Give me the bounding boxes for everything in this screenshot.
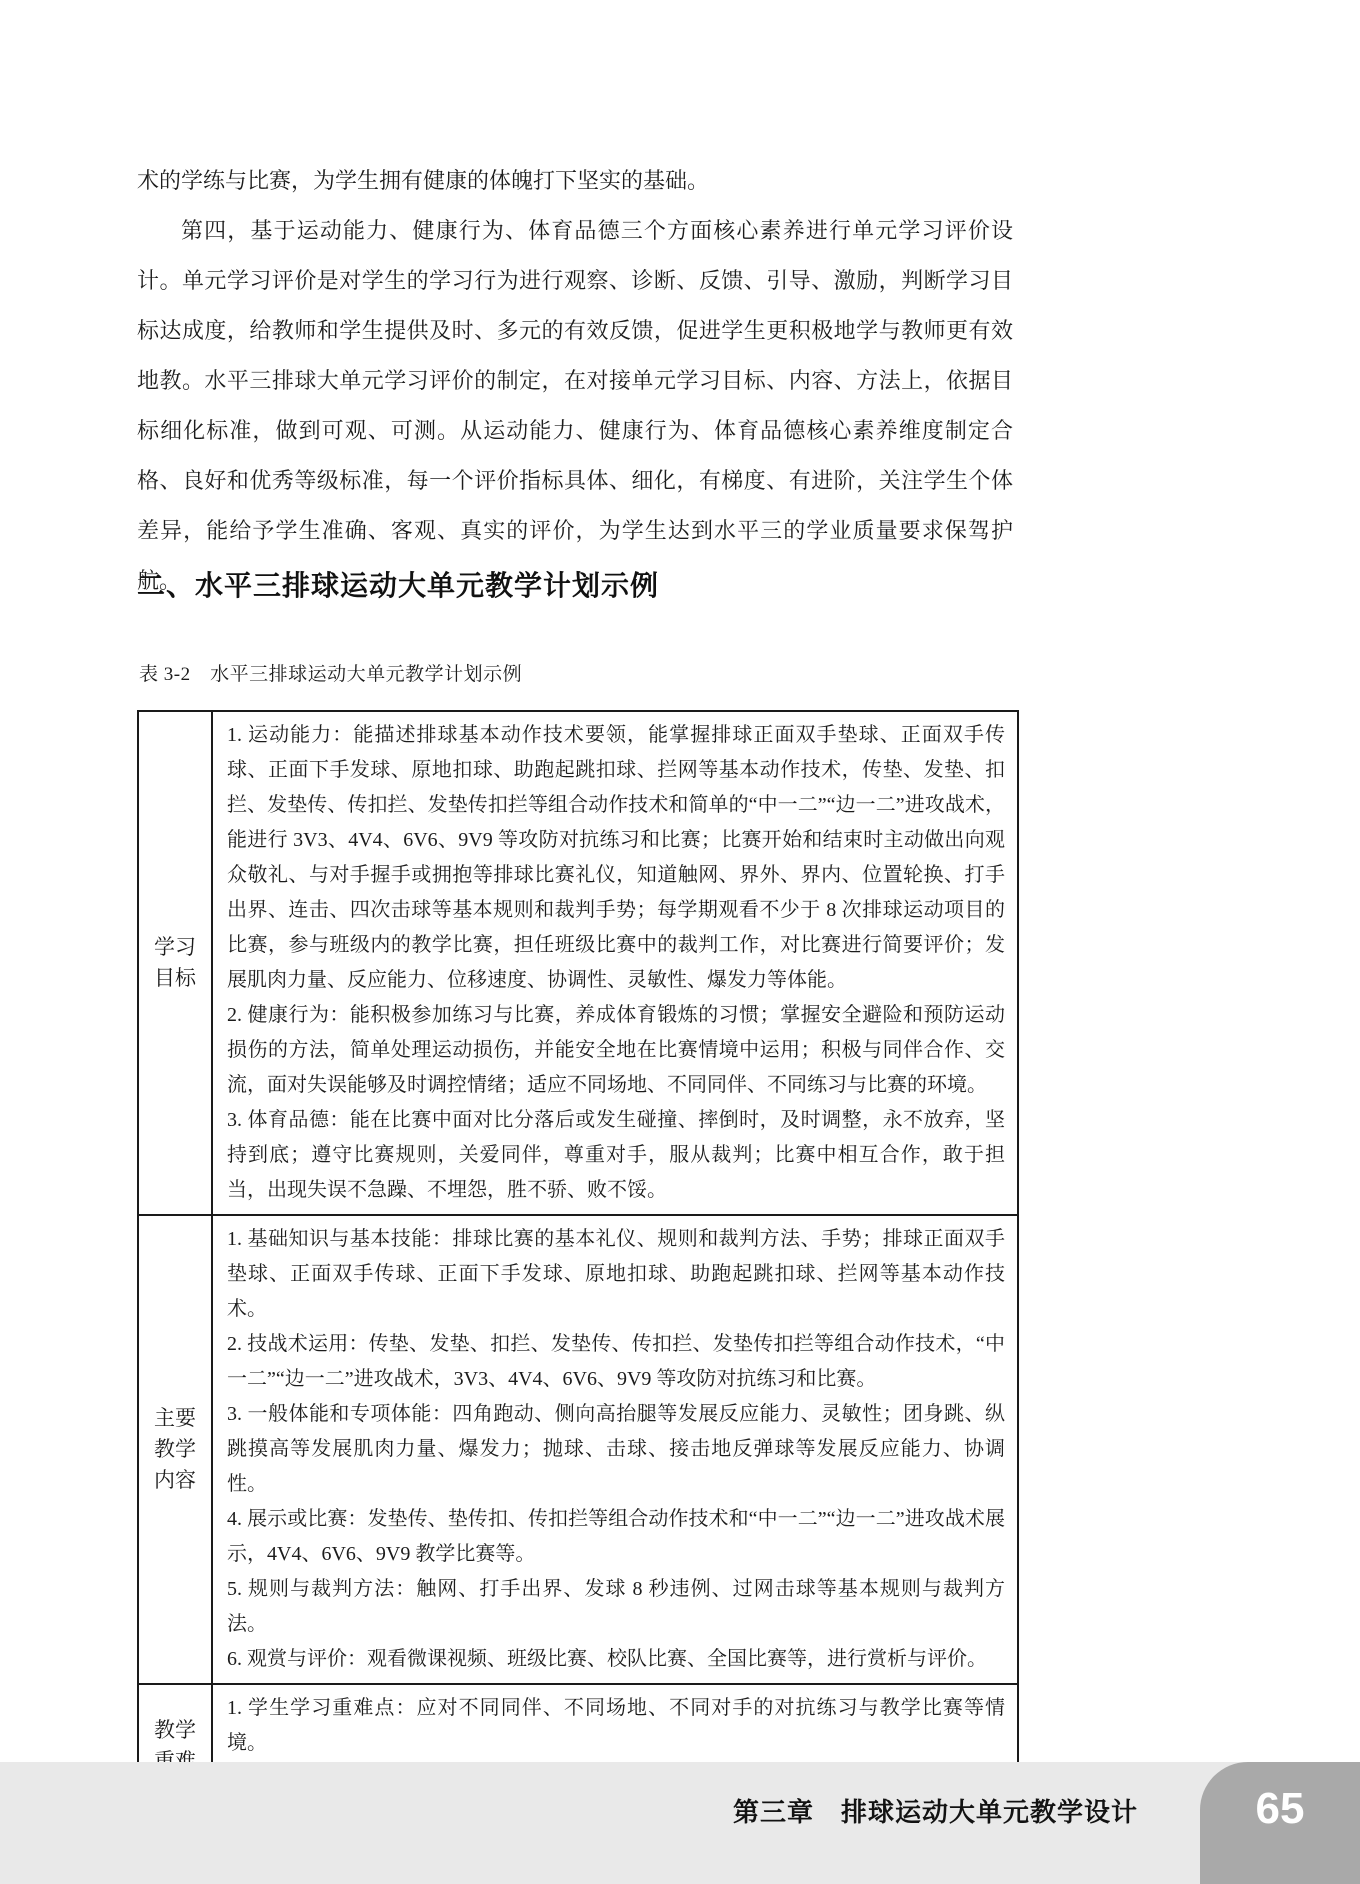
- footer-strip: [0, 1762, 1360, 1884]
- cell-item: 1. 学生学习重难点：应对不同同伴、不同场地、不同对手的对抗练习与教学比赛等情境…: [227, 1691, 1005, 1761]
- cell-item: 3. 体育品德：能在比赛中面对比分落后或发生碰撞、摔倒时，及时调整，永不放弃，坚…: [227, 1103, 1005, 1208]
- cell-item: 2. 健康行为：能积极参加练习与比赛，养成体育锻炼的习惯；掌握安全避险和预防运动…: [227, 998, 1005, 1103]
- cell-item: 1. 运动能力：能描述排球基本动作技术要领，能掌握排球正面双手垫球、正面双手传球…: [227, 718, 1005, 998]
- row-content: 1. 基础知识与基本技能：排球比赛的基本礼仪、规则和裁判方法、手势；排球正面双手…: [212, 1215, 1018, 1684]
- cell-item: 6. 观赏与评价：观看微课视频、班级比赛、校队比赛、全国比赛等，进行赏析与评价。: [227, 1642, 1005, 1677]
- table-row-learning-goals: 学习目标 1. 运动能力：能描述排球基本动作技术要领，能掌握排球正面双手垫球、正…: [138, 711, 1018, 1215]
- cell-item: 1. 基础知识与基本技能：排球比赛的基本礼仪、规则和裁判方法、手势；排球正面双手…: [227, 1222, 1005, 1327]
- row-content: 1. 运动能力：能描述排球基本动作技术要领，能掌握排球正面双手垫球、正面双手传球…: [212, 711, 1018, 1215]
- table-row-main-contents: 主要教学内容 1. 基础知识与基本技能：排球比赛的基本礼仪、规则和裁判方法、手势…: [138, 1215, 1018, 1684]
- cell-item: 4. 展示或比赛：发垫传、垫传扣、传扣拦等组合动作技术和“中一二”“边一二”进攻…: [227, 1502, 1005, 1572]
- body-text: 术的学练与比赛，为学生拥有健康的体魄打下坚实的基础。 第四，基于运动能力、健康行…: [137, 156, 1013, 606]
- page-number: 65: [1256, 1784, 1305, 1834]
- book-page: 术的学练与比赛，为学生拥有健康的体魄打下坚实的基础。 第四，基于运动能力、健康行…: [0, 0, 1360, 1884]
- table-caption: 表 3-2 水平三排球运动大单元教学计划示例: [139, 659, 522, 686]
- paragraph: 第四，基于运动能力、健康行为、体育品德三个方面核心素养进行单元学习评价设计。单元…: [137, 206, 1013, 606]
- row-label: 学习目标: [138, 711, 212, 1215]
- cell-item: 5. 规则与裁判方法：触网、打手出界、发球 8 秒违例、过网击球等基本规则与裁判…: [227, 1572, 1005, 1642]
- row-label: 主要教学内容: [138, 1215, 212, 1684]
- cell-item: 2. 技战术运用：传垫、发垫、扣拦、发垫传、传扣拦、发垫传扣拦等组合动作技术，“…: [227, 1327, 1005, 1397]
- teaching-plan-table: 学习目标 1. 运动能力：能描述排球基本动作技术要领，能掌握排球正面双手垫球、正…: [137, 710, 1019, 1839]
- paragraph: 术的学练与比赛，为学生拥有健康的体魄打下坚实的基础。: [137, 156, 1013, 206]
- section-heading: 二、水平三排球运动大单元教学计划示例: [137, 564, 659, 604]
- cell-item: 3. 一般体能和专项体能：四角跑动、侧向高抬腿等发展反应能力、灵敏性；团身跳、纵…: [227, 1397, 1005, 1502]
- page-number-tab: 65: [1200, 1762, 1360, 1884]
- footer-chapter-title: 第三章 排球运动大单元教学设计: [733, 1792, 1138, 1829]
